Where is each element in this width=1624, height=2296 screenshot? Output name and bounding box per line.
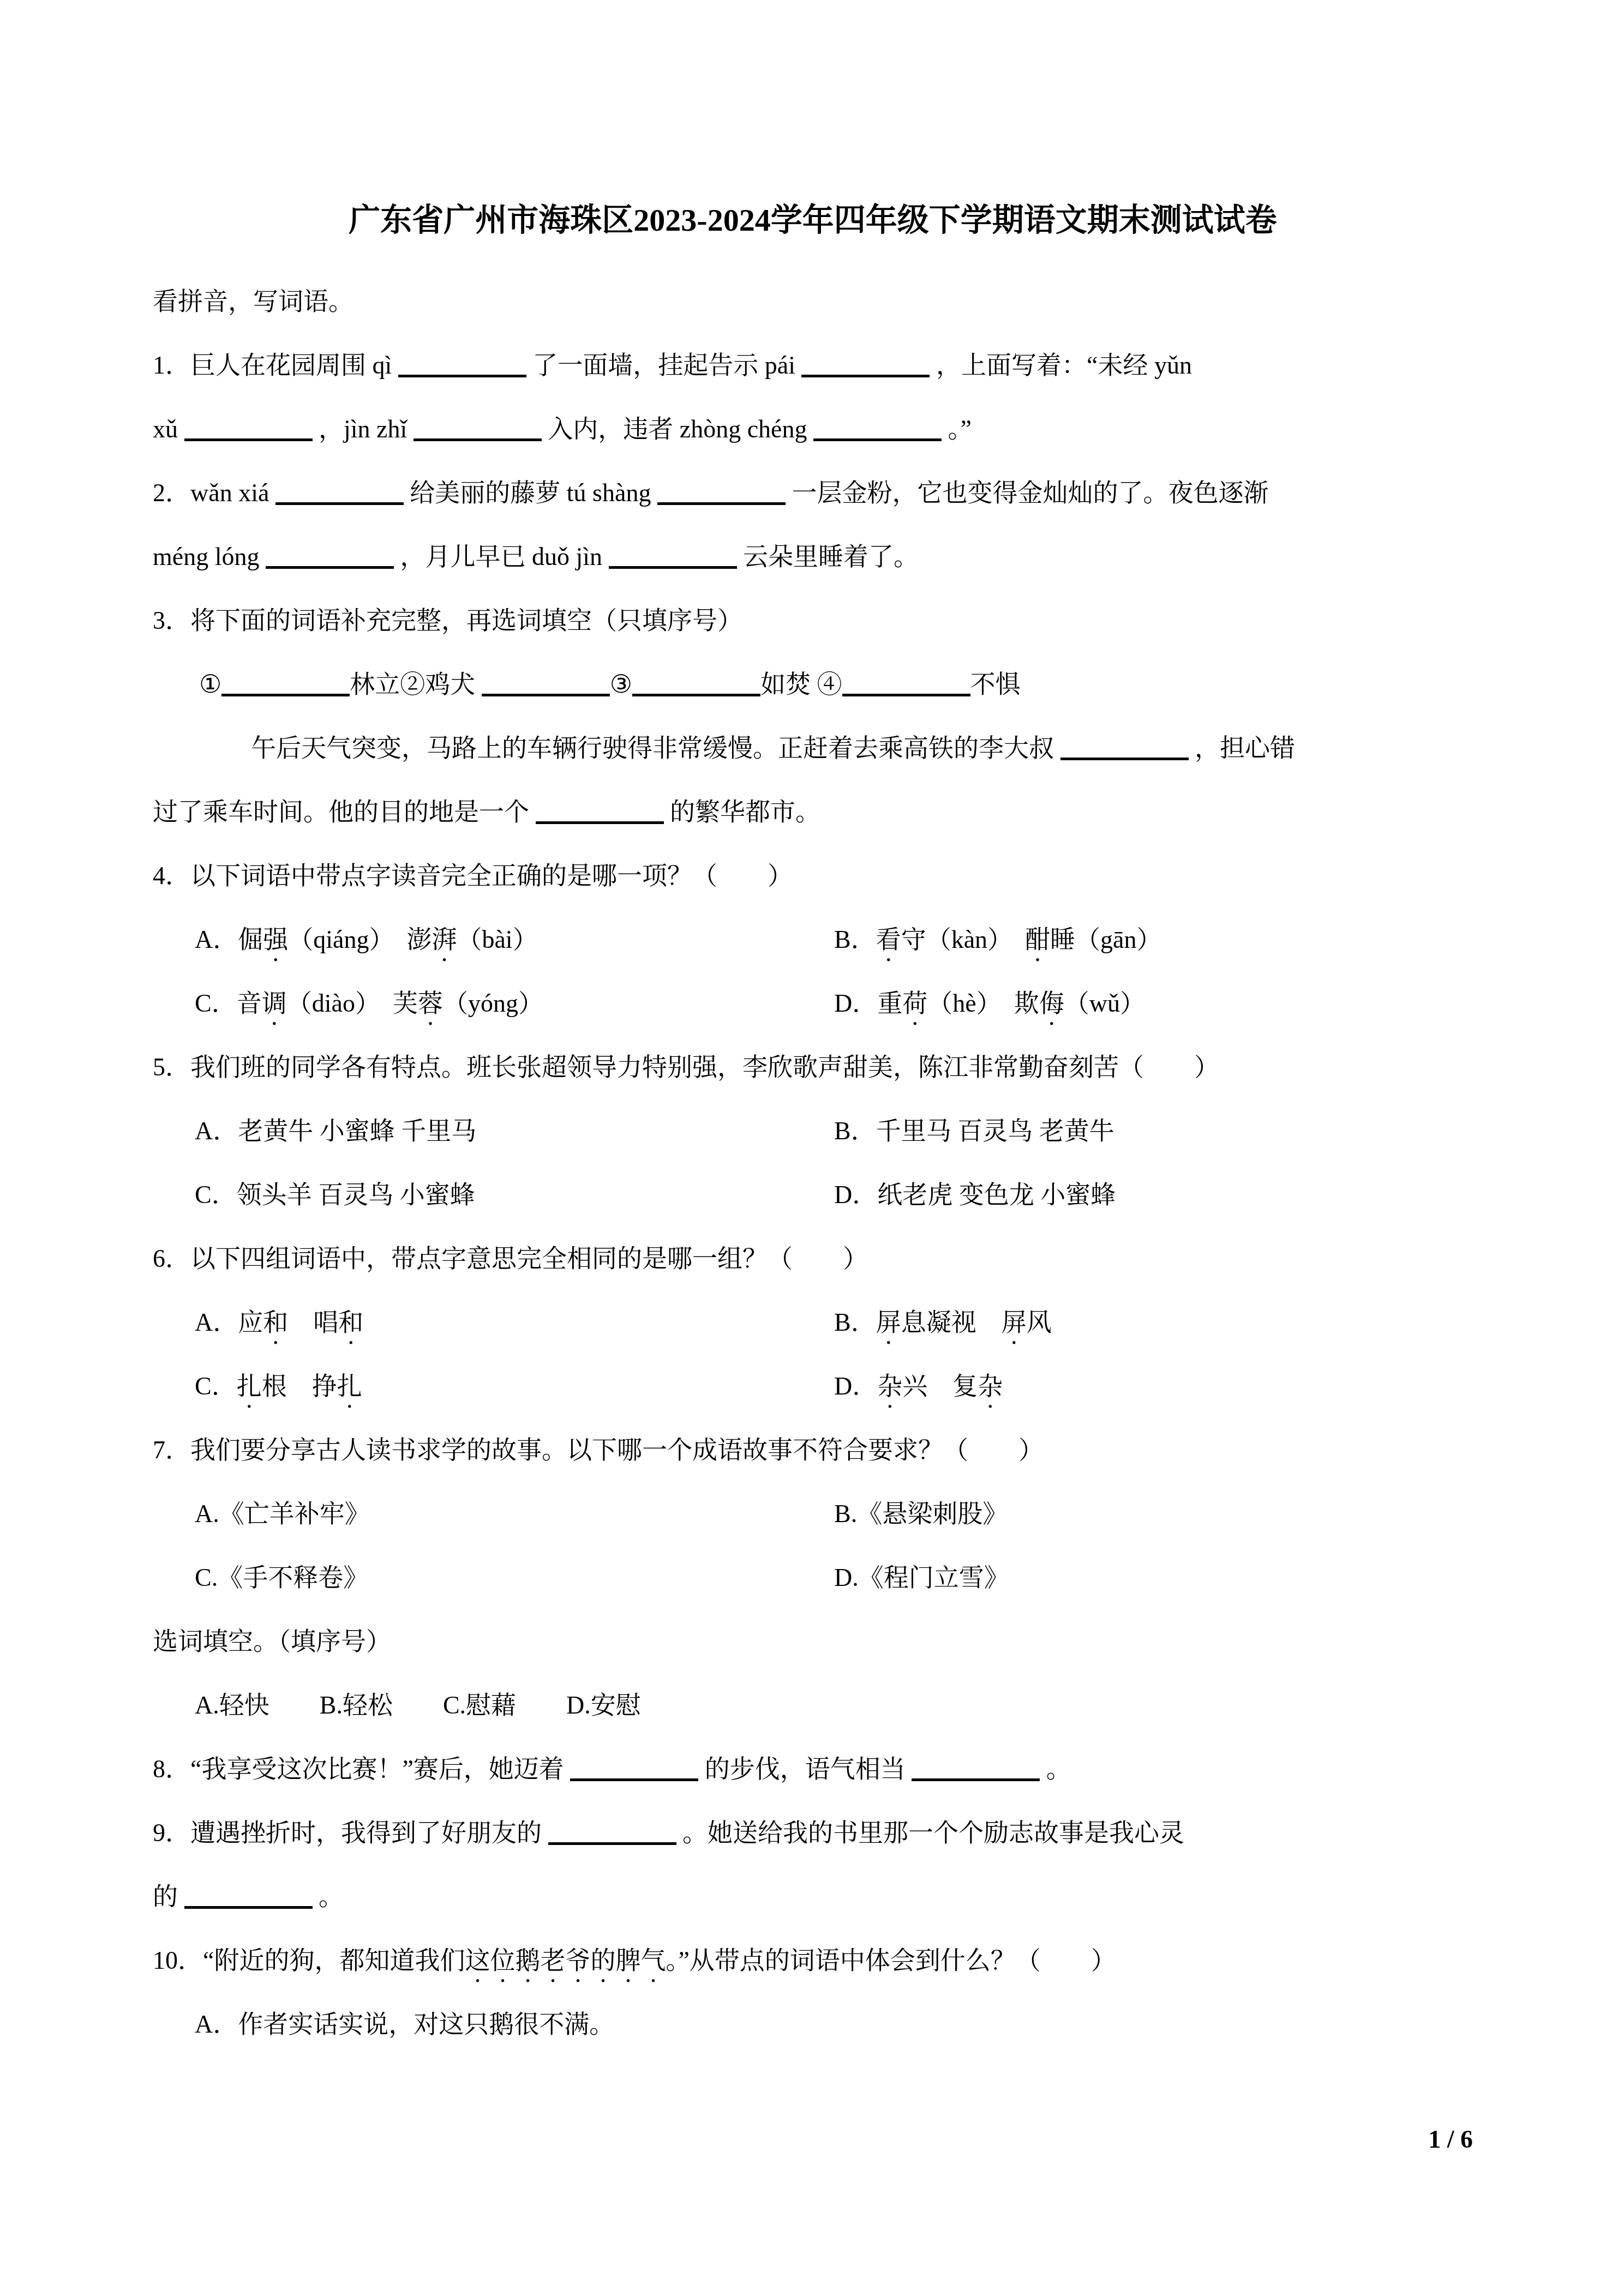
exam-line: 1．巨人在花园周围 qì 了一面墙，挂起告示 pái ，上面写着：“未经 yǔn — [153, 333, 1473, 397]
answer-blank[interactable] — [1060, 732, 1189, 760]
exam-line: 7．我们要分享古人读书求学的故事。以下哪一个成语故事不符合要求？（ ） — [153, 1418, 1473, 1482]
option-cell: B．屏息凝视 屏风 — [834, 1290, 1052, 1354]
option-cell: D．杂兴 复杂 — [834, 1354, 1003, 1418]
emphasized-text: 扎 — [237, 1372, 262, 1400]
emphasized-text: 调 — [262, 989, 287, 1017]
exam-line: A.轻快 B.轻松 C.慰藉 D.安慰 — [153, 1673, 1473, 1737]
exam-line: 6．以下四组词语中，带点字意思完全相同的是哪一组？（ ） — [153, 1227, 1473, 1290]
option-cell: C．领头羊 百灵鸟 小蜜蜂 — [195, 1163, 834, 1227]
answer-blank[interactable] — [570, 1753, 698, 1781]
emphasized-text: 杂 — [877, 1372, 902, 1400]
option-cell: A．老黄牛 小蜜蜂 千里马 — [195, 1099, 834, 1163]
emphasized-text: 扎 — [337, 1372, 362, 1400]
answer-blank[interactable] — [813, 413, 942, 441]
emphasized-text: 强 — [263, 925, 288, 953]
option-cell: C．音调（diào） 芙蓉（yóng） — [195, 971, 834, 1035]
emphasized-text: 这位鹅老爷的脾气 — [465, 1946, 666, 1974]
emphasized-text: 酣 — [1025, 925, 1050, 953]
exam-line: 9．遭遇挫折时，我得到了好朋友的 。她送给我的书里那一个个励志故事是我心灵 — [153, 1801, 1473, 1865]
emphasized-text: 蓉 — [418, 989, 443, 1017]
option-cell: B．看守（kàn） 酣睡（gān） — [834, 907, 1162, 971]
exam-line: 选词填空。（填序号） — [153, 1609, 1473, 1673]
answer-blank[interactable] — [482, 669, 610, 696]
exam-line: 4．以下词语中带点字读音完全正确的是哪一项？（ ） — [153, 844, 1473, 907]
option-cell: B．千里马 百灵鸟 老黄牛 — [834, 1099, 1114, 1163]
exam-line: 的 。 — [153, 1865, 1473, 1928]
answer-blank[interactable] — [801, 350, 930, 377]
emphasized-text: 侮 — [1039, 989, 1064, 1017]
emphasized-text: 屏 — [876, 1308, 901, 1336]
exam-line: C．扎根 挣扎D．杂兴 复杂 — [153, 1354, 1473, 1418]
emphasized-text: 屏 — [1002, 1308, 1027, 1336]
answer-blank[interactable] — [184, 413, 313, 441]
exam-line: C．领头羊 百灵鸟 小蜜蜂D．纸老虎 变色龙 小蜜蜂 — [153, 1163, 1473, 1227]
exam-line: 10．“附近的狗，都知道我们这位鹅老爷的脾气。”从带点的词语中体会到什么？（ ） — [153, 1928, 1473, 1992]
option-cell: D.《程门立雪》 — [834, 1546, 1009, 1609]
answer-blank[interactable] — [414, 413, 542, 441]
answer-blank[interactable] — [609, 541, 737, 569]
exam-body: 看拼音，写词语。1．巨人在花园周围 qì 了一面墙，挂起告示 pái ，上面写着… — [153, 269, 1473, 2056]
answer-blank[interactable] — [657, 477, 786, 505]
answer-blank[interactable] — [536, 796, 664, 824]
exam-content: 广东省广州市海珠区2023-2024学年四年级下学期语文期末测试试卷 看拼音，写… — [153, 0, 1473, 2056]
option-cell: D．重荷（hè） 欺侮（wǔ） — [834, 971, 1145, 1035]
exam-line: 5．我们班的同学各有特点。班长张超领导力特别强，李欣歌声甜美，陈江非常勤奋刻苦（… — [153, 1035, 1473, 1099]
exam-line: 过了乘车时间。他的目的地是一个 的繁华都市。 — [153, 780, 1473, 844]
emphasized-text: 荷 — [902, 989, 927, 1017]
answer-blank[interactable] — [184, 1881, 313, 1909]
exam-line: 看拼音，写词语。 — [153, 269, 1473, 333]
answer-blank[interactable] — [221, 669, 350, 696]
option-cell: C.《手不释卷》 — [195, 1546, 834, 1609]
exam-line: 3．将下面的词语补充完整，再选词填空（只填序号） — [153, 588, 1473, 652]
exam-line: méng lóng ，月儿早已 duǒ jìn 云朵里睡着了。 — [153, 525, 1473, 588]
emphasized-text: 看 — [876, 925, 901, 953]
exam-line: C.《手不释卷》D.《程门立雪》 — [153, 1546, 1473, 1609]
answer-blank[interactable] — [266, 541, 394, 569]
option-cell: A．倔强（qiáng） 澎湃（bài） — [195, 907, 834, 971]
exam-line: C．音调（diào） 芙蓉（yóng）D．重荷（hè） 欺侮（wǔ） — [153, 971, 1473, 1035]
emphasized-text: 和 — [338, 1308, 363, 1336]
answer-blank[interactable] — [912, 1753, 1040, 1781]
answer-blank[interactable] — [398, 350, 526, 377]
page-number: 1 / 6 — [1428, 2123, 1473, 2156]
option-cell: A．应和 唱和 — [195, 1290, 834, 1354]
emphasized-text: 杂 — [978, 1372, 1003, 1400]
emphasized-text: 和 — [263, 1308, 288, 1336]
exam-line: A.《亡羊补牢》B.《悬梁刺股》 — [153, 1482, 1473, 1546]
option-cell: C．扎根 挣扎 — [195, 1354, 834, 1418]
answer-blank[interactable] — [548, 1817, 676, 1845]
exam-line: 2．wǎn xiá 给美丽的藤萝 tú shàng 一层金粉，它也变得金灿灿的了… — [153, 461, 1473, 525]
option-cell: D．纸老虎 变色龙 小蜜蜂 — [834, 1163, 1116, 1227]
exam-line: 午后天气突变，马路上的车辆行驶得非常缓慢。正赶着去乘高铁的李大叔 ，担心错 — [153, 716, 1473, 780]
option-cell: A.《亡羊补牢》 — [195, 1482, 834, 1546]
exam-line: xǔ ，jìn zhǐ 入内，违者 zhòng chéng 。” — [153, 397, 1473, 461]
exam-page: { "page": { "title": "广东省广州市海珠区2023-2024… — [0, 0, 1624, 2296]
answer-blank[interactable] — [275, 477, 404, 505]
exam-line: 8．“我享受这次比赛！”赛后，她迈着 的步伐，语气相当 。 — [153, 1737, 1473, 1801]
emphasized-text: 湃 — [432, 925, 457, 953]
exam-line: A．应和 唱和B．屏息凝视 屏风 — [153, 1290, 1473, 1354]
exam-line: ①林立②鸡犬 ③如焚 ④不惧 — [153, 652, 1473, 716]
option-cell: B.《悬梁刺股》 — [834, 1482, 1008, 1546]
page-title: 广东省广州市海珠区2023-2024学年四年级下学期语文期末测试试卷 — [153, 202, 1473, 239]
exam-line: A．倔强（qiáng） 澎湃（bài）B．看守（kàn） 酣睡（gān） — [153, 907, 1473, 971]
exam-line: A．老黄牛 小蜜蜂 千里马B．千里马 百灵鸟 老黄牛 — [153, 1099, 1473, 1163]
answer-blank[interactable] — [842, 669, 970, 696]
exam-line: A．作者实话实说，对这只鹅很不满。 — [153, 1992, 1473, 2056]
answer-blank[interactable] — [632, 669, 760, 696]
